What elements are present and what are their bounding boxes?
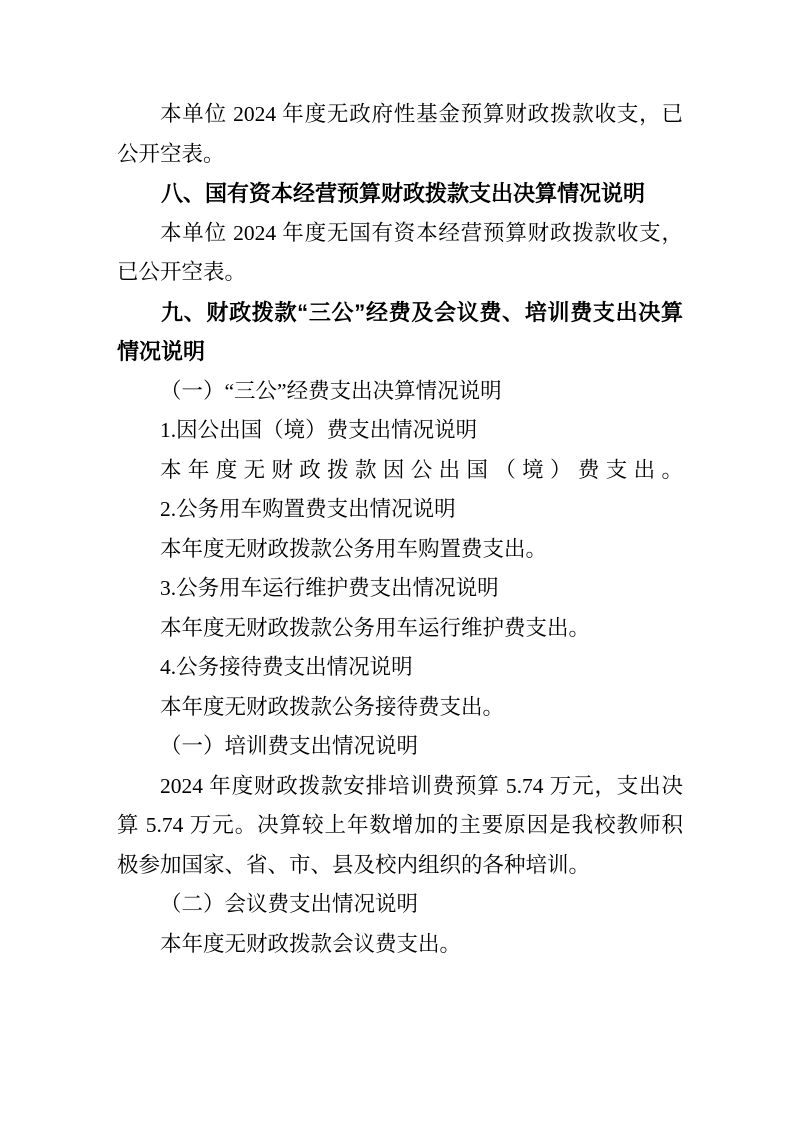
- subsection-training-fee-heading: （一）培训费支出情况说明: [117, 727, 683, 767]
- subsection-1-sangong-heading: （一）“三公”经费支出决算情况说明: [117, 372, 683, 412]
- section-8-heading: 八、国有资本经营预算财政拨款支出决算情况说明: [117, 174, 683, 214]
- item-1-heading: 1.因公出国（境）费支出情况说明: [117, 411, 683, 451]
- subsection-meeting-fee-heading: （二）会议费支出情况说明: [117, 885, 683, 925]
- paragraph-line: 极参加国家、省、市、县及校内组织的各种培训。: [117, 846, 683, 886]
- item-3-heading: 3.公务用车运行维护费支出情况说明: [117, 569, 683, 609]
- paragraph-line: 本年度无财政拨款公务用车运行维护费支出。: [117, 609, 683, 649]
- paragraph-line: 2024 年度财政拨款安排培训费预算 5.74 万元，支出决: [117, 767, 683, 807]
- section-9-heading-line-1: 九、财政拨款“三公”经费及会议费、培训费支出决算: [117, 293, 683, 333]
- paragraph-line: 本年度无财政拨款会议费支出。: [117, 925, 683, 965]
- paragraph-line: 已公开空表。: [117, 253, 683, 293]
- paragraph-line: 算 5.74 万元。决算较上年数增加的主要原因是我校教师积: [117, 806, 683, 846]
- paragraph-line: 本年度无财政拨款公务接待费支出。: [117, 688, 683, 728]
- paragraph-line: 公开空表。: [117, 135, 683, 175]
- section-9-heading-line-2: 情况说明: [117, 332, 683, 372]
- item-2-heading: 2.公务用车购置费支出情况说明: [117, 490, 683, 530]
- paragraph-line: 本年度无财政拨款因公出国（境）费支出。: [117, 451, 683, 491]
- paragraph-line: 本单位 2024 年度无国有资本经营预算财政拨款收支，: [117, 214, 683, 254]
- paragraph-line: 本单位 2024 年度无政府性基金预算财政拨款收支，已: [117, 95, 683, 135]
- paragraph-line: 本年度无财政拨款公务用车购置费支出。: [117, 530, 683, 570]
- document-page: 本单位 2024 年度无政府性基金预算财政拨款收支，已 公开空表。 八、国有资本…: [0, 0, 793, 1122]
- item-4-heading: 4.公务接待费支出情况说明: [117, 648, 683, 688]
